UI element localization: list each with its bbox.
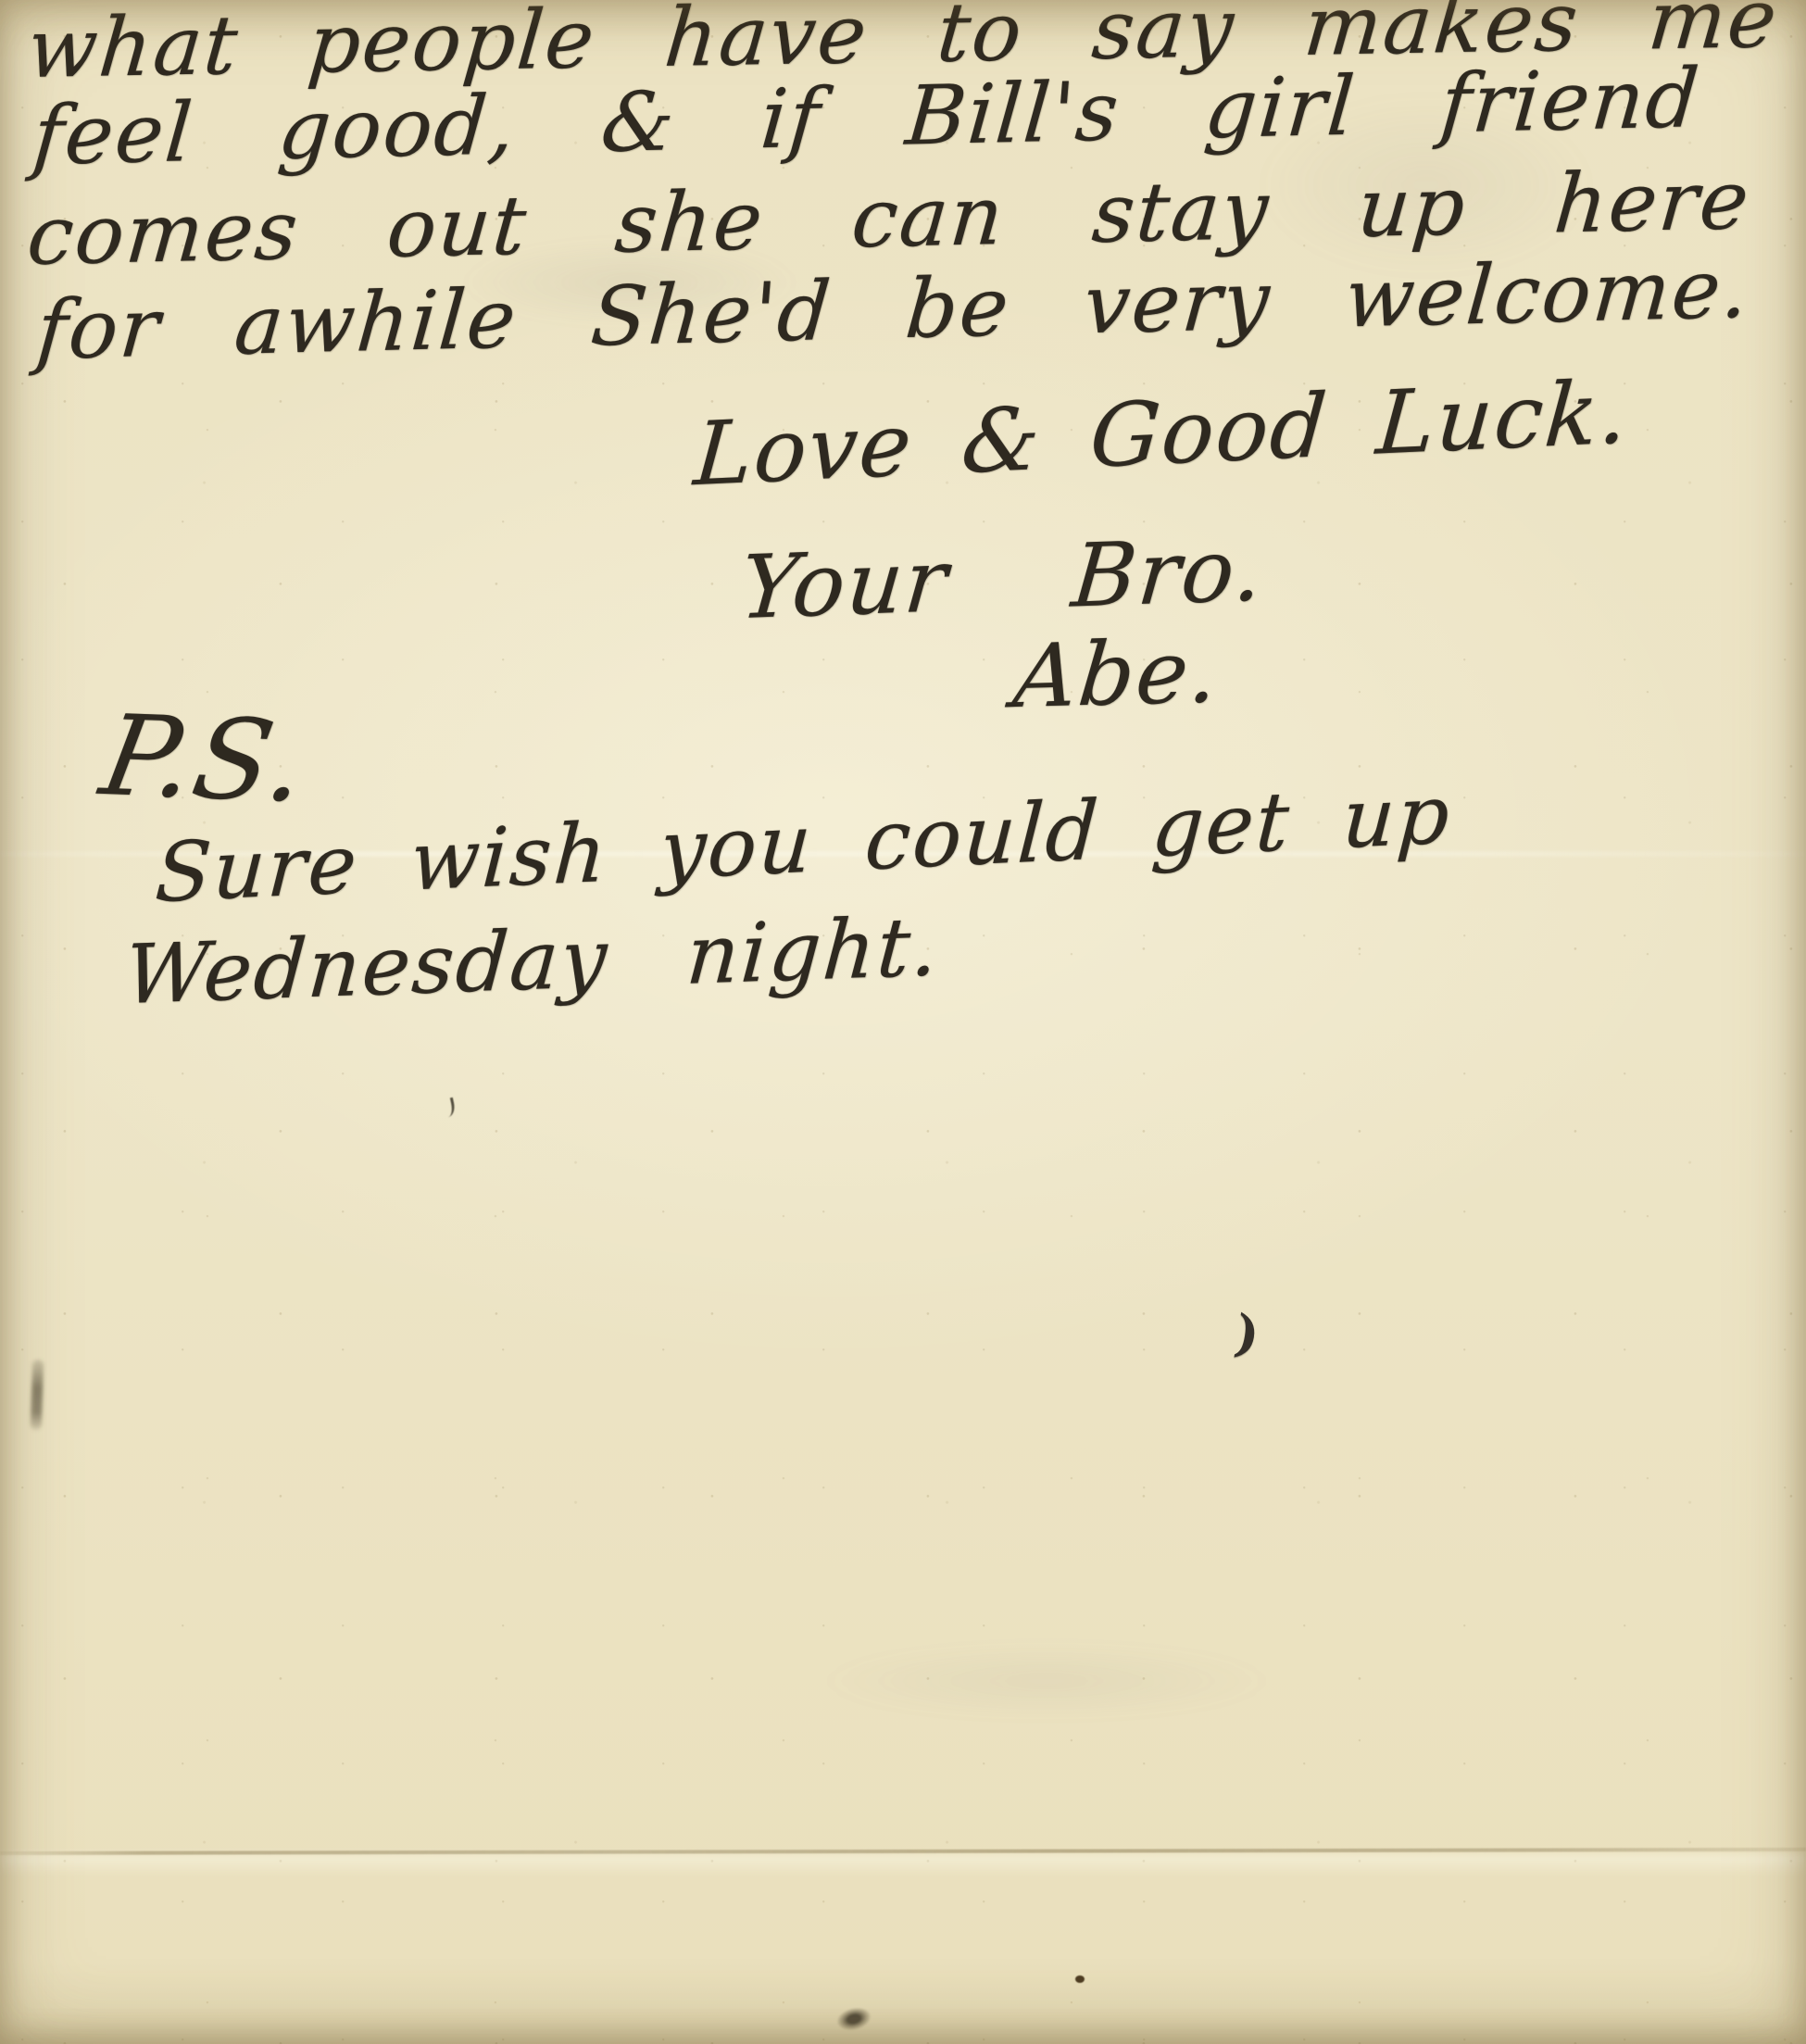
small-ink-speck xyxy=(441,1097,457,1118)
stray-ink-mark: ) xyxy=(1231,1302,1263,1364)
scanned-letter-page: what people have to say makes me feel go… xyxy=(0,0,1806,2044)
closing-valediction: Love & Good Luck. xyxy=(691,363,1633,506)
charcoal-fiber-smudge xyxy=(31,1360,44,1430)
fold-crease-highlight xyxy=(0,1854,1806,1876)
small-brown-speck xyxy=(1075,1975,1085,1983)
signature: Abe. xyxy=(1010,622,1224,728)
postscript-line-1: Sure wish you could get up xyxy=(153,767,1454,920)
dark-blot xyxy=(834,2004,874,2034)
postscript-line-2: Wednesday night. xyxy=(121,899,943,1022)
postscript-label: P.S. xyxy=(93,693,318,827)
paper-smudge xyxy=(722,1630,1371,1732)
